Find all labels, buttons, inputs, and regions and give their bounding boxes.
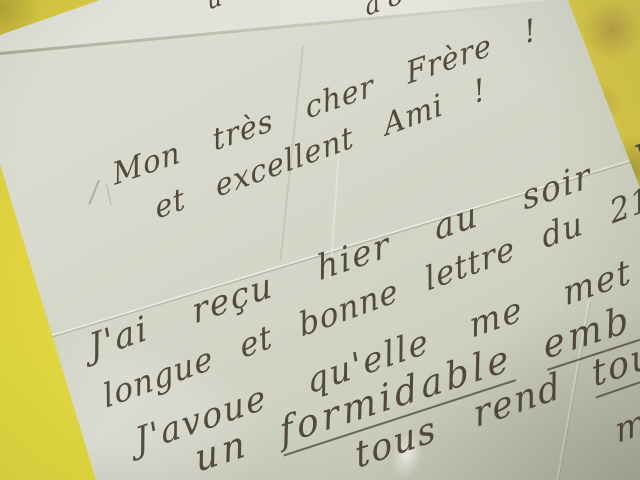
body-line-6-fragment: ma [612, 395, 640, 452]
top-edge-writing-fragment: u [204, 0, 224, 16]
top-edge-dateline-fragment: à 8 [362, 0, 406, 23]
handwriting-layer: u à 8 Mon très cher Frère ! et excellent… [0, 0, 640, 480]
letter-photo: u à 8 Mon très cher Frère ! et excellent… [0, 0, 640, 480]
